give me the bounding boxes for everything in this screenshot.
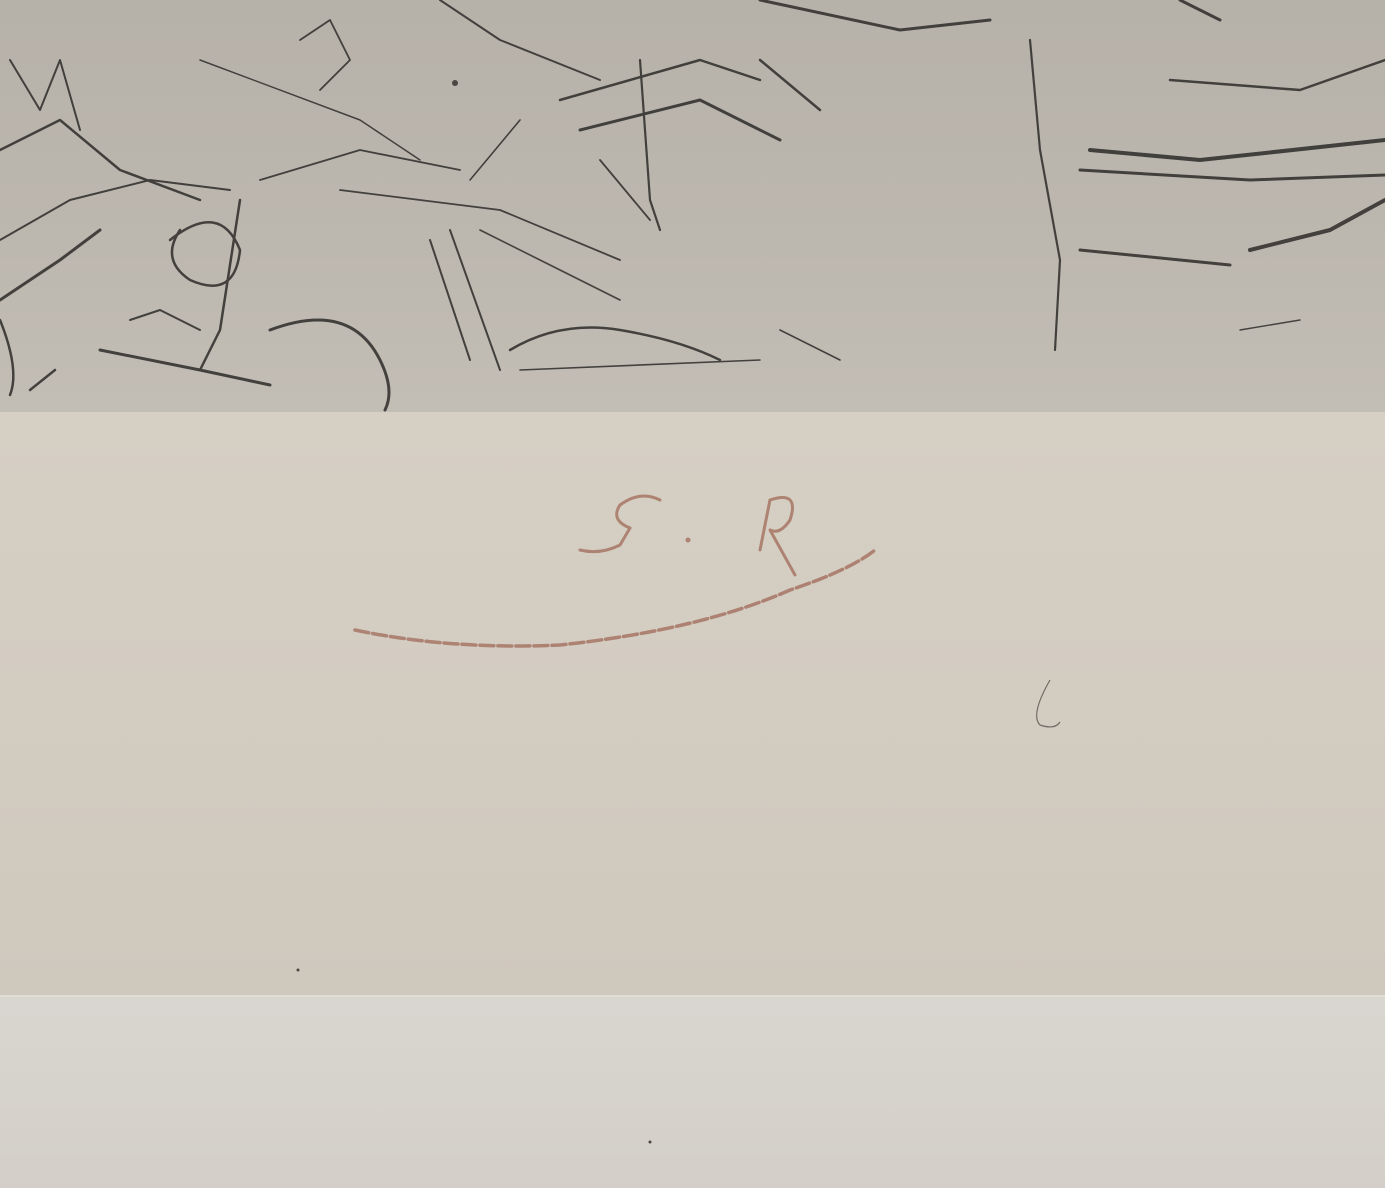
signature-text: G. R. xyxy=(575,470,953,554)
artwork-photo: G. R. xyxy=(0,0,1385,1188)
hair-mark xyxy=(1037,680,1060,727)
sketch-lines xyxy=(0,0,1385,1188)
